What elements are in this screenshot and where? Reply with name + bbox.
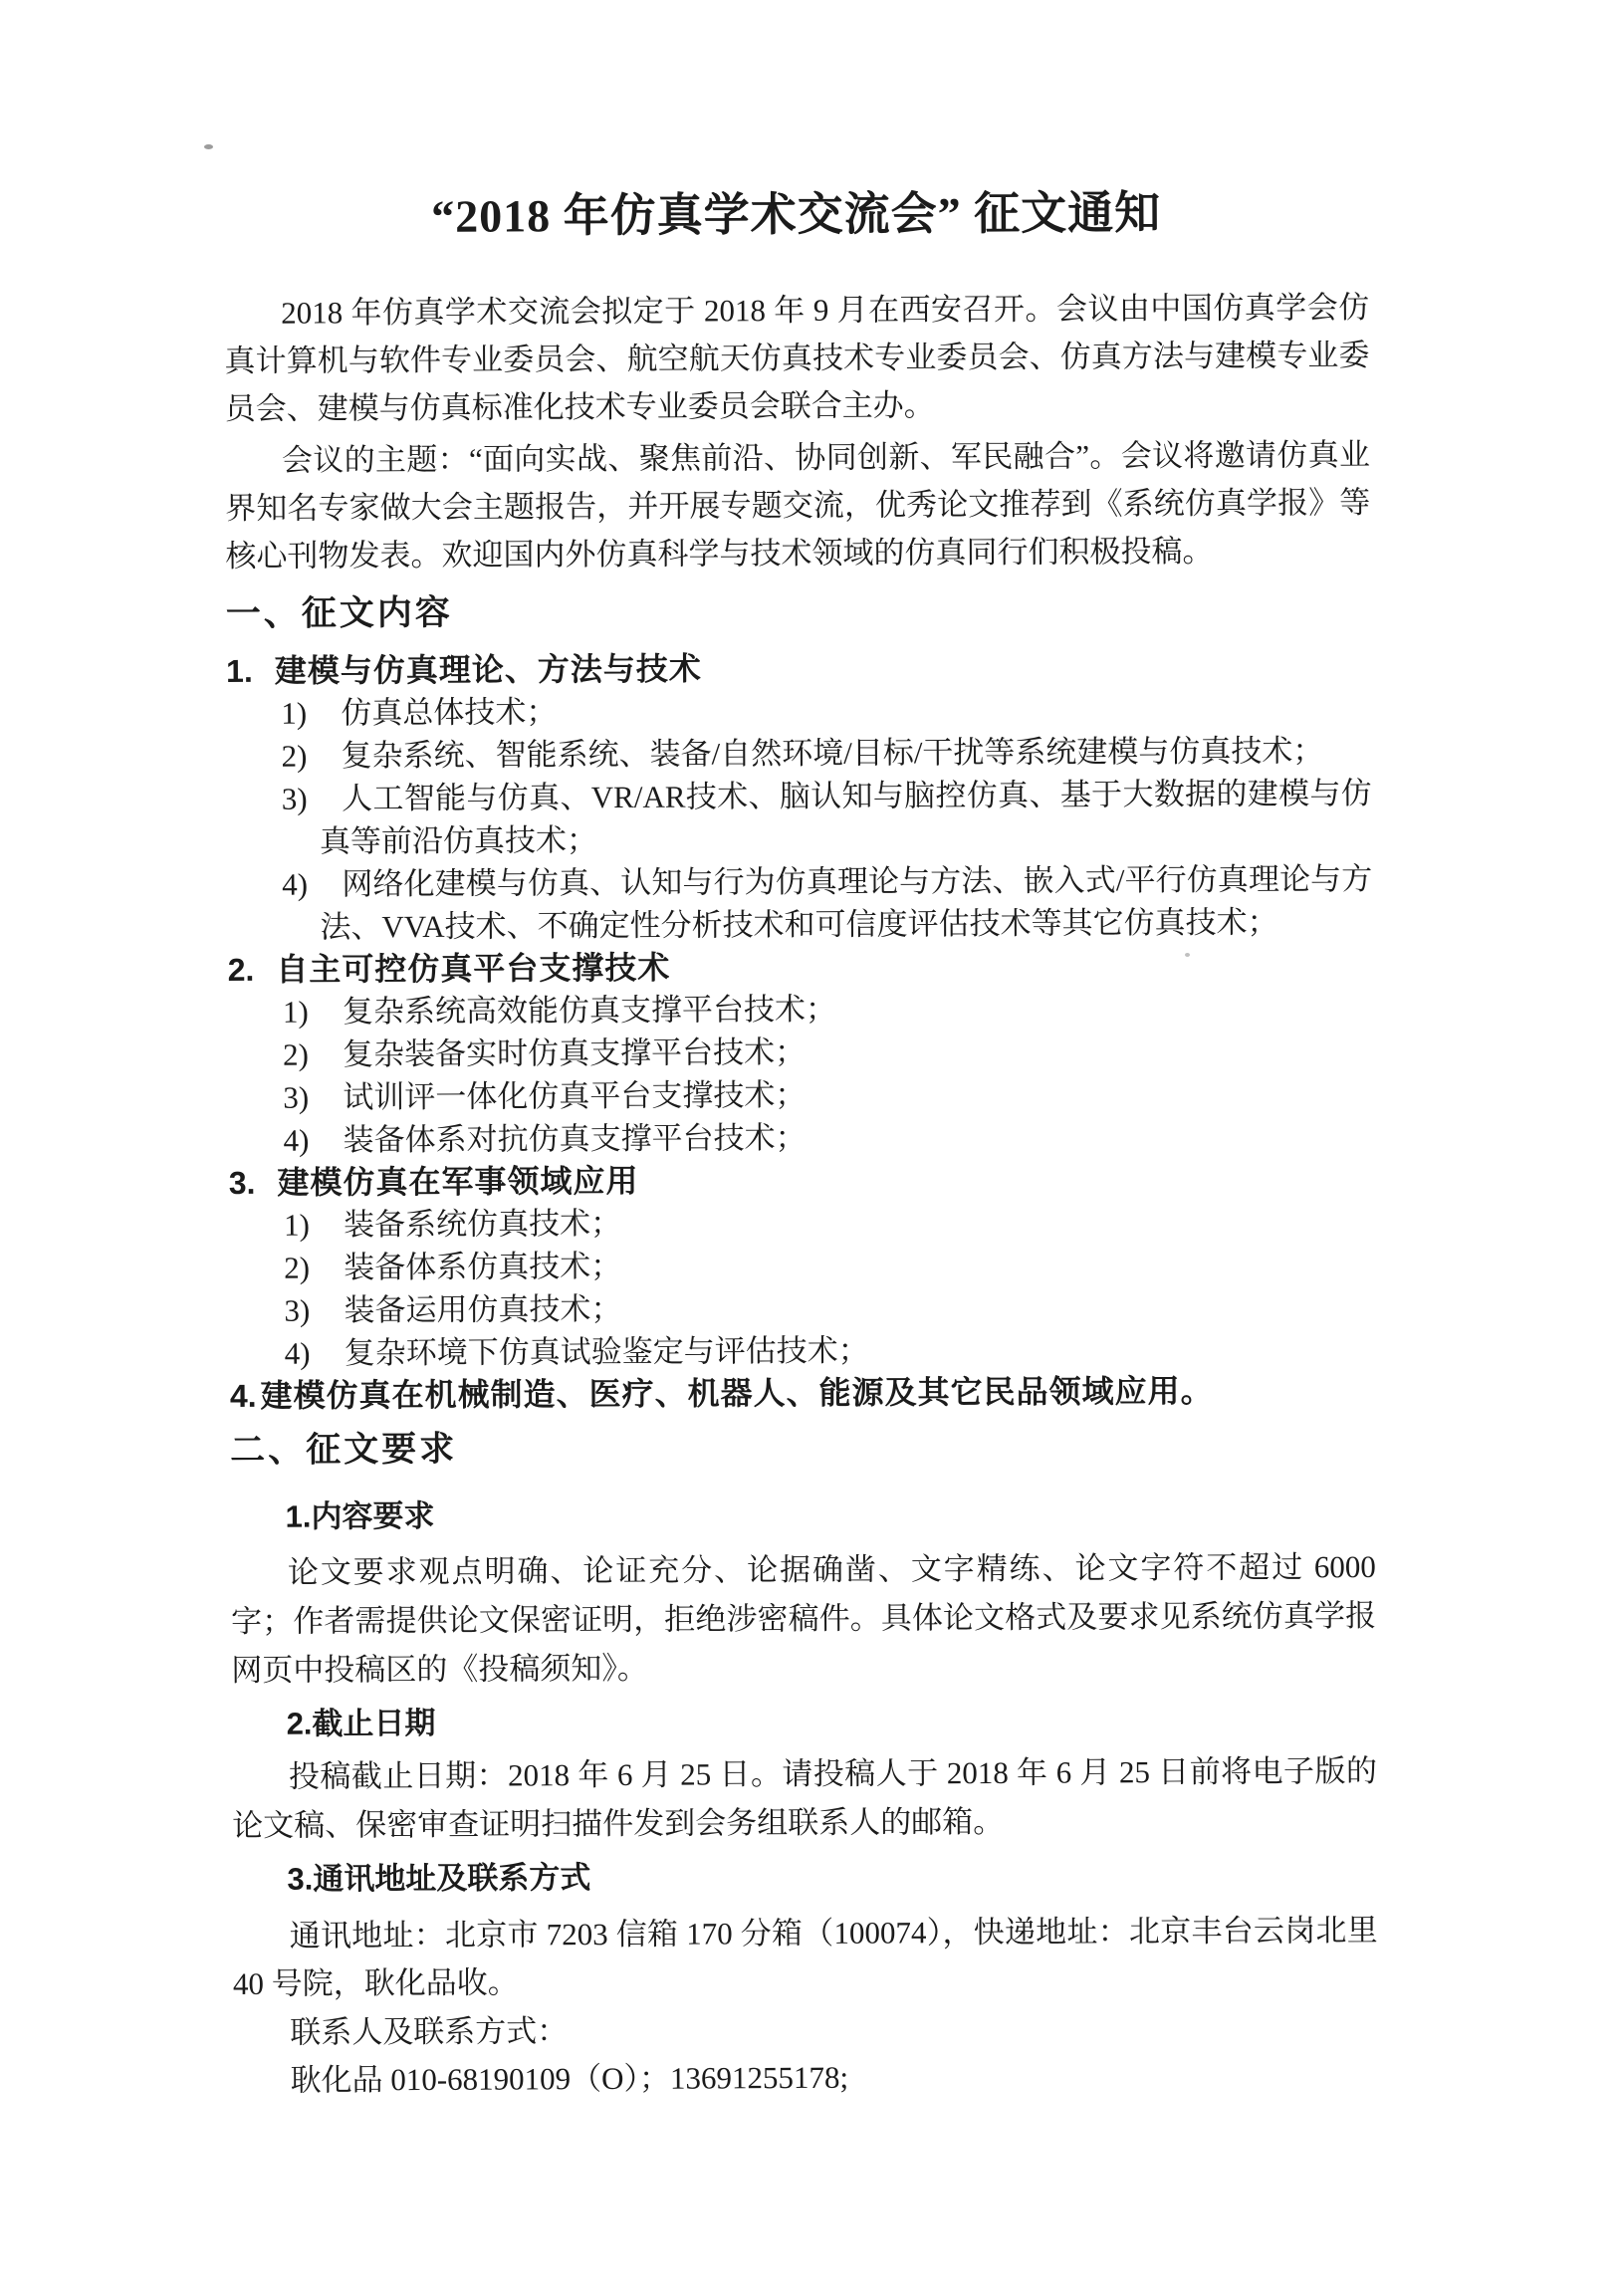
list-item: 4)复杂环境下仿真试验鉴定与评估技术； [285,1326,1375,1375]
list-item: 3)试训评一体化仿真平台支撑技术； [283,1070,1373,1119]
item-number: 1) [284,1203,344,1246]
section2-heading: 二、征文要求 [230,1423,1375,1473]
item-text: 复杂环境下仿真试验鉴定与评估技术； [345,1333,869,1371]
item-number: 3) [283,1075,343,1118]
subsection2-heading: 2.截止日期 [287,1698,1377,1745]
item-number: 4) [283,1118,343,1161]
list-item: 2)复杂装备实时仿真支撑平台技术； [283,1028,1373,1076]
document-content: “2018 年仿真学术交流会” 征文通知 2018 年仿真学术交流会拟定于 20… [223,0,1379,2105]
list-item: 4)装备体系对抗仿真支撑平台技术； [283,1113,1373,1162]
item-text: 装备运用仿真技术； [344,1291,621,1327]
intro-paragraph-2: 会议的主题：“面向实战、聚焦前沿、协同创新、军民融合”。会议将邀请仿真业界知名专… [225,431,1371,580]
list-item: 2)装备体系仿真技术； [284,1241,1374,1289]
item-number: 3) [282,777,342,819]
subsection3-heading: 3.通讯地址及联系方式 [287,1853,1377,1901]
contact-line: 耿化品 010-68190109（O）；13691255178; [233,2051,1378,2105]
item-text: 网络化建模与仿真、认知与行为仿真理论与方法、嵌入式/平行仿真理论与方法、VVA技… [320,861,1372,945]
topic2-heading: 2.自主可控仿真平台支撑技术 [228,943,1373,991]
list-item: 1)装备系统仿真技术； [284,1198,1374,1247]
item-text: 复杂系统高效能仿真支撑平台技术； [343,992,836,1030]
contact-line: 联系人及联系方式： [233,2003,1378,2057]
item-number: 4) [285,1331,345,1374]
list-item: 1)仿真总体技术； [281,686,1371,735]
item-text: 复杂装备实时仿真支撑平台技术； [343,1034,806,1071]
item-text: 试训评一体化仿真平台支撑技术； [343,1077,806,1114]
item-number: 1) [283,990,343,1033]
subsection1-paragraph: 论文要求观点明确、论证充分、论据确凿、文字精练、论文字符不超过 6000 字；作… [231,1542,1377,1695]
item-text: 复杂系统、智能系统、装备/自然环境/目标/干扰等系统建模与仿真技术； [341,733,1323,773]
topic2-title: 自主可控仿真平台支撑技术 [276,950,670,988]
topic1-title: 建模与仿真理论、方法与技术 [275,651,702,689]
subsection1-heading: 1.内容要求 [285,1491,1375,1538]
topic3-title: 建模仿真在军事领域应用 [277,1163,638,1201]
item-number: 1) [281,691,341,734]
topic3-items-list: 1)装备系统仿真技术； 2)装备体系仿真技术； 3)装备运用仿真技术； 4)复杂… [284,1198,1375,1375]
item-text: 仿真总体技术； [341,694,557,730]
topic2-items-list: 1)复杂系统高效能仿真支撑平台技术； 2)复杂装备实时仿真支撑平台技术； 3)试… [283,985,1374,1162]
item-number: 2) [281,734,341,777]
doc-title: “2018 年仿真学术交流会” 征文通知 [224,181,1369,249]
topic1-heading: 1.建模与仿真理论、方法与技术 [226,644,1371,692]
topic3-heading: 3.建模仿真在军事领域应用 [229,1156,1374,1204]
topic4-title: 建模仿真在机械制造、医疗、机器人、能源及其它民品领域应用。 [261,1373,1214,1414]
item-number: 3) [284,1288,344,1331]
intro-paragraph-1: 2018 年仿真学术交流会拟定于 2018 年 9 月在西安召开。会议由中国仿真… [224,284,1370,433]
section1-heading: 一、征文内容 [226,586,1371,636]
list-item: 4)网络化建模与仿真、认知与行为仿真理论与方法、嵌入式/平行仿真理论与方法、VV… [282,857,1372,949]
item-text: 装备体系仿真技术； [344,1249,621,1284]
topic1-number: 1. [226,653,253,689]
topic4-number: 4. [230,1378,257,1414]
scanned-page: “2018 年仿真学术交流会” 征文通知 2018 年仿真学术交流会拟定于 20… [0,0,1621,2296]
subsection2-paragraph: 投稿截止日期：2018 年 6 月 25 日。请投稿人于 2018 年 6 月 … [232,1746,1377,1850]
topic3-number: 3. [229,1165,256,1201]
list-item: 3)装备运用仿真技术； [284,1283,1374,1332]
subsection3-paragraph: 通讯地址：北京市 7203 信箱 170 分箱（100074），快递地址：北京丰… [233,1907,1378,2008]
topic1-items-list: 1)仿真总体技术； 2)复杂系统、智能系统、装备/自然环境/目标/干扰等系统建模… [281,686,1372,949]
item-text: 装备体系对抗仿真支撑平台技术； [343,1120,806,1157]
item-number: 2) [283,1033,343,1075]
topic2-number: 2. [228,952,255,988]
topic4-heading: 4.建模仿真在机械制造、医疗、机器人、能源及其它民品领域应用。 [230,1369,1375,1417]
scan-speck [204,144,213,149]
list-item: 1)复杂系统高效能仿真支撑平台技术； [283,985,1373,1033]
item-number: 2) [284,1246,344,1288]
item-text: 装备系统仿真技术； [344,1206,621,1242]
list-item: 3)人工智能与仿真、VR/AR技术、脑认知与脑控仿真、基于大数据的建模与仿真等前… [282,772,1372,863]
list-item: 2)复杂系统、智能系统、装备/自然环境/目标/干扰等系统建模与仿真技术； [281,729,1371,778]
item-number: 4) [282,862,342,905]
item-text: 人工智能与仿真、VR/AR技术、脑认知与脑控仿真、基于大数据的建模与仿真等前沿仿… [320,776,1372,859]
